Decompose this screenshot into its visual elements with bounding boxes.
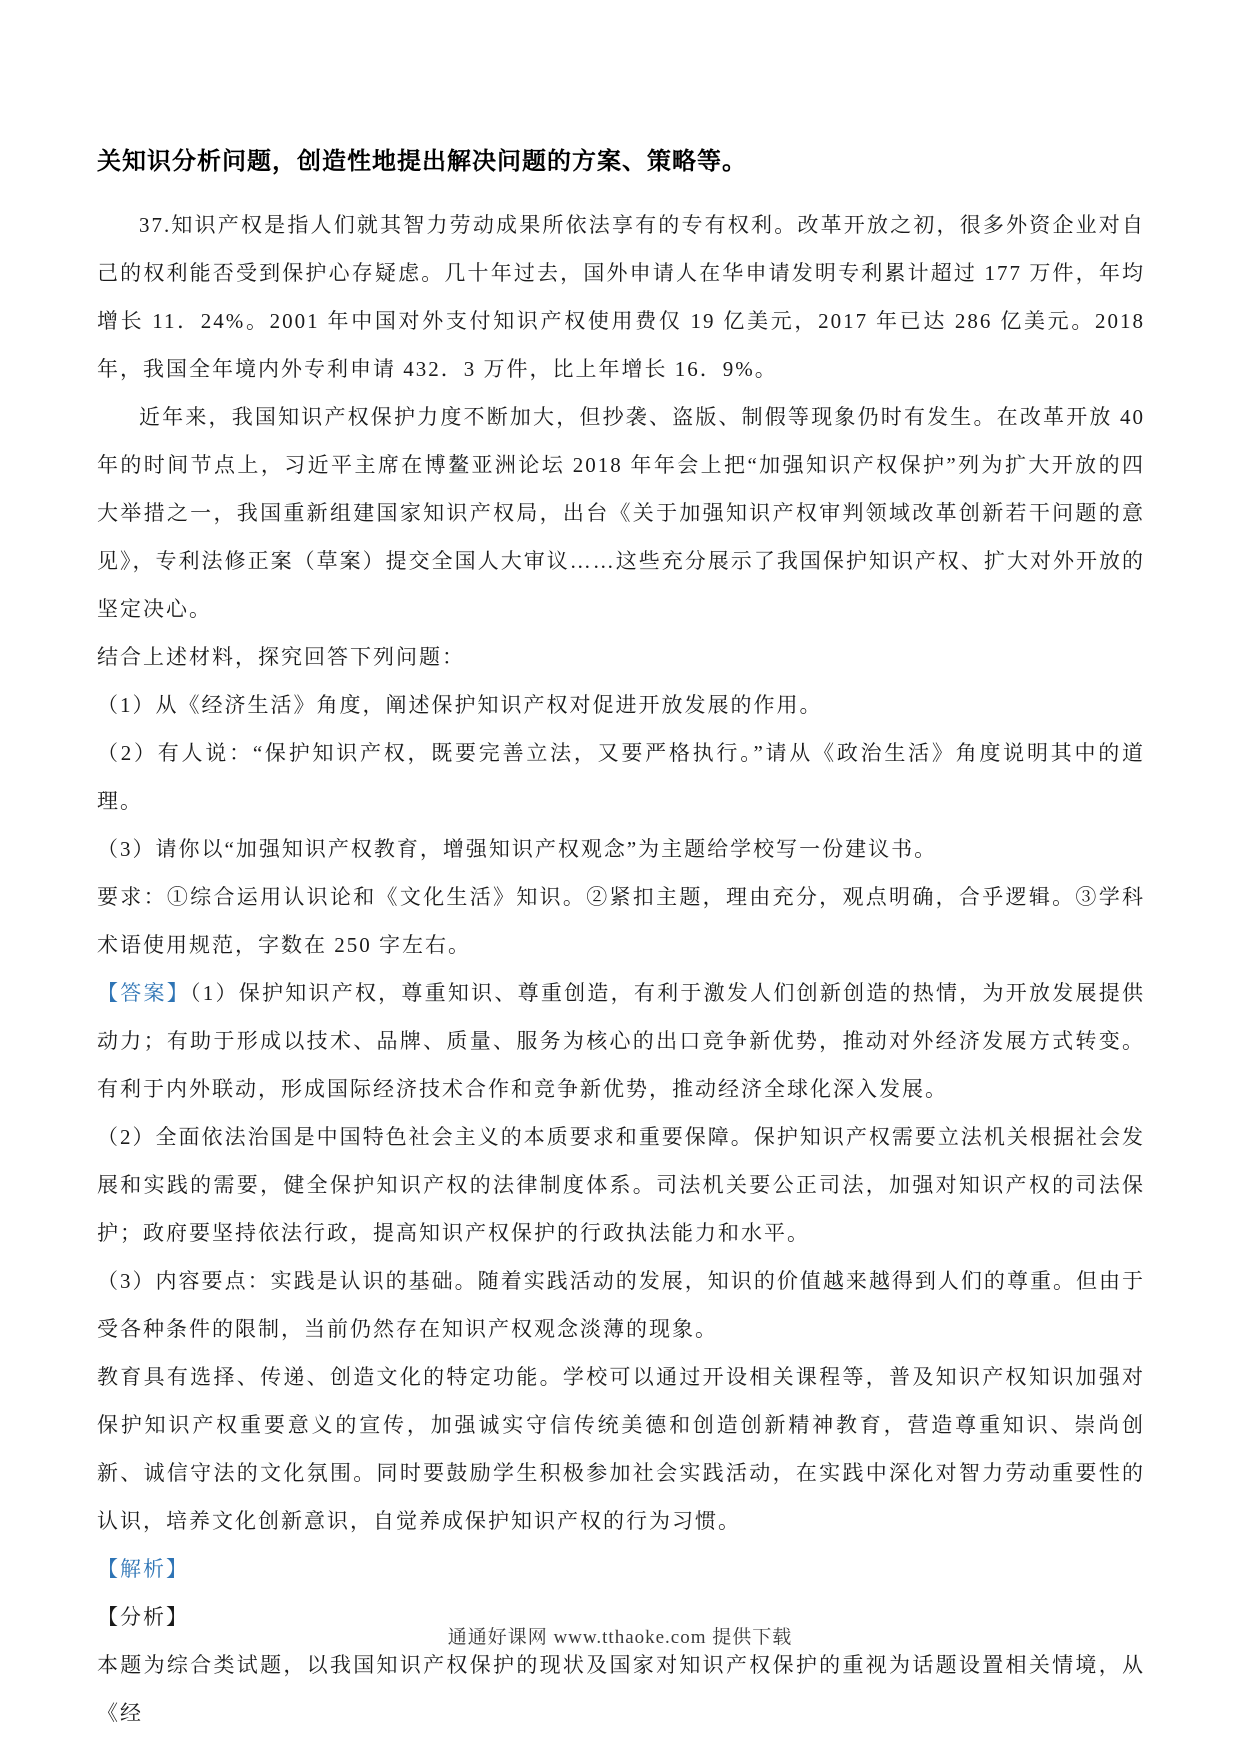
answer-paragraph-1-text: （1）保护知识产权，尊重知识、尊重创造，有利于激发人们创新创造的热情，为开放发展… <box>97 981 1145 1101</box>
answer-paragraph-1: 【答案】（1）保护知识产权，尊重知识、尊重创造，有利于激发人们创新创造的热情，为… <box>97 969 1145 1113</box>
answer-paragraph-3: （3）内容要点：实践是认识的基础。随着实践活动的发展，知识的价值越来越得到人们的… <box>97 1257 1145 1353</box>
subquestion-2: （2）有人说：“保护知识产权，既要完善立法，又要严格执行。”请从《政治生活》角度… <box>97 729 1145 825</box>
analysis-body: 本题为综合类试题，以我国知识产权保护的现状及国家对知识产权保护的重视为话题设置相… <box>97 1641 1145 1737</box>
page-footer: 通通好课网 www.tthaoke.com 提供下载 <box>0 1622 1240 1649</box>
answer-label: 【答案】 <box>97 981 190 1005</box>
answer-section: 【答案】（1）保护知识产权，尊重知识、尊重创造，有利于激发人们创新创造的热情，为… <box>97 969 1145 1545</box>
subquestion-3: （3）请你以“加强知识产权教育，增强知识产权观念”为主题给学校写一份建议书。 <box>97 825 1145 873</box>
answer-paragraph-2: （2）全面依法治国是中国特色社会主义的本质要求和重要保障。保护知识产权需要立法机… <box>97 1113 1145 1257</box>
subquestion-1: （1）从《经济生活》角度，阐述保护知识产权对促进开放发展的作用。 <box>97 681 1145 729</box>
answer-paragraph-4: 教育具有选择、传递、创造文化的特定功能。学校可以通过开设相关课程等，普及知识产权… <box>97 1353 1145 1545</box>
section-heading: 关知识分析问题，创造性地提出解决问题的方案、策略等。 <box>97 145 1145 179</box>
question-requirements: 要求：①综合运用认识论和《文化生活》知识。②紧扣主题，理由充分，观点明确，合乎逻… <box>97 873 1145 969</box>
material-paragraph-2: 近年来，我国知识产权保护力度不断加大，但抄袭、盗版、制假等现象仍时有发生。在改革… <box>97 393 1145 633</box>
material-paragraph-1: 37.知识产权是指人们就其智力劳动成果所依法享有的专有权利。改革开放之初，很多外… <box>97 201 1145 393</box>
question-prompt: 结合上述材料，探究回答下列问题： <box>97 633 1145 681</box>
jiexi-label: 【解析】 <box>97 1545 1145 1593</box>
document-page: 关知识分析问题，创造性地提出解决问题的方案、策略等。 37.知识产权是指人们就其… <box>0 0 1240 1754</box>
question-section: 37.知识产权是指人们就其智力劳动成果所依法享有的专有权利。改革开放之初，很多外… <box>97 201 1145 969</box>
